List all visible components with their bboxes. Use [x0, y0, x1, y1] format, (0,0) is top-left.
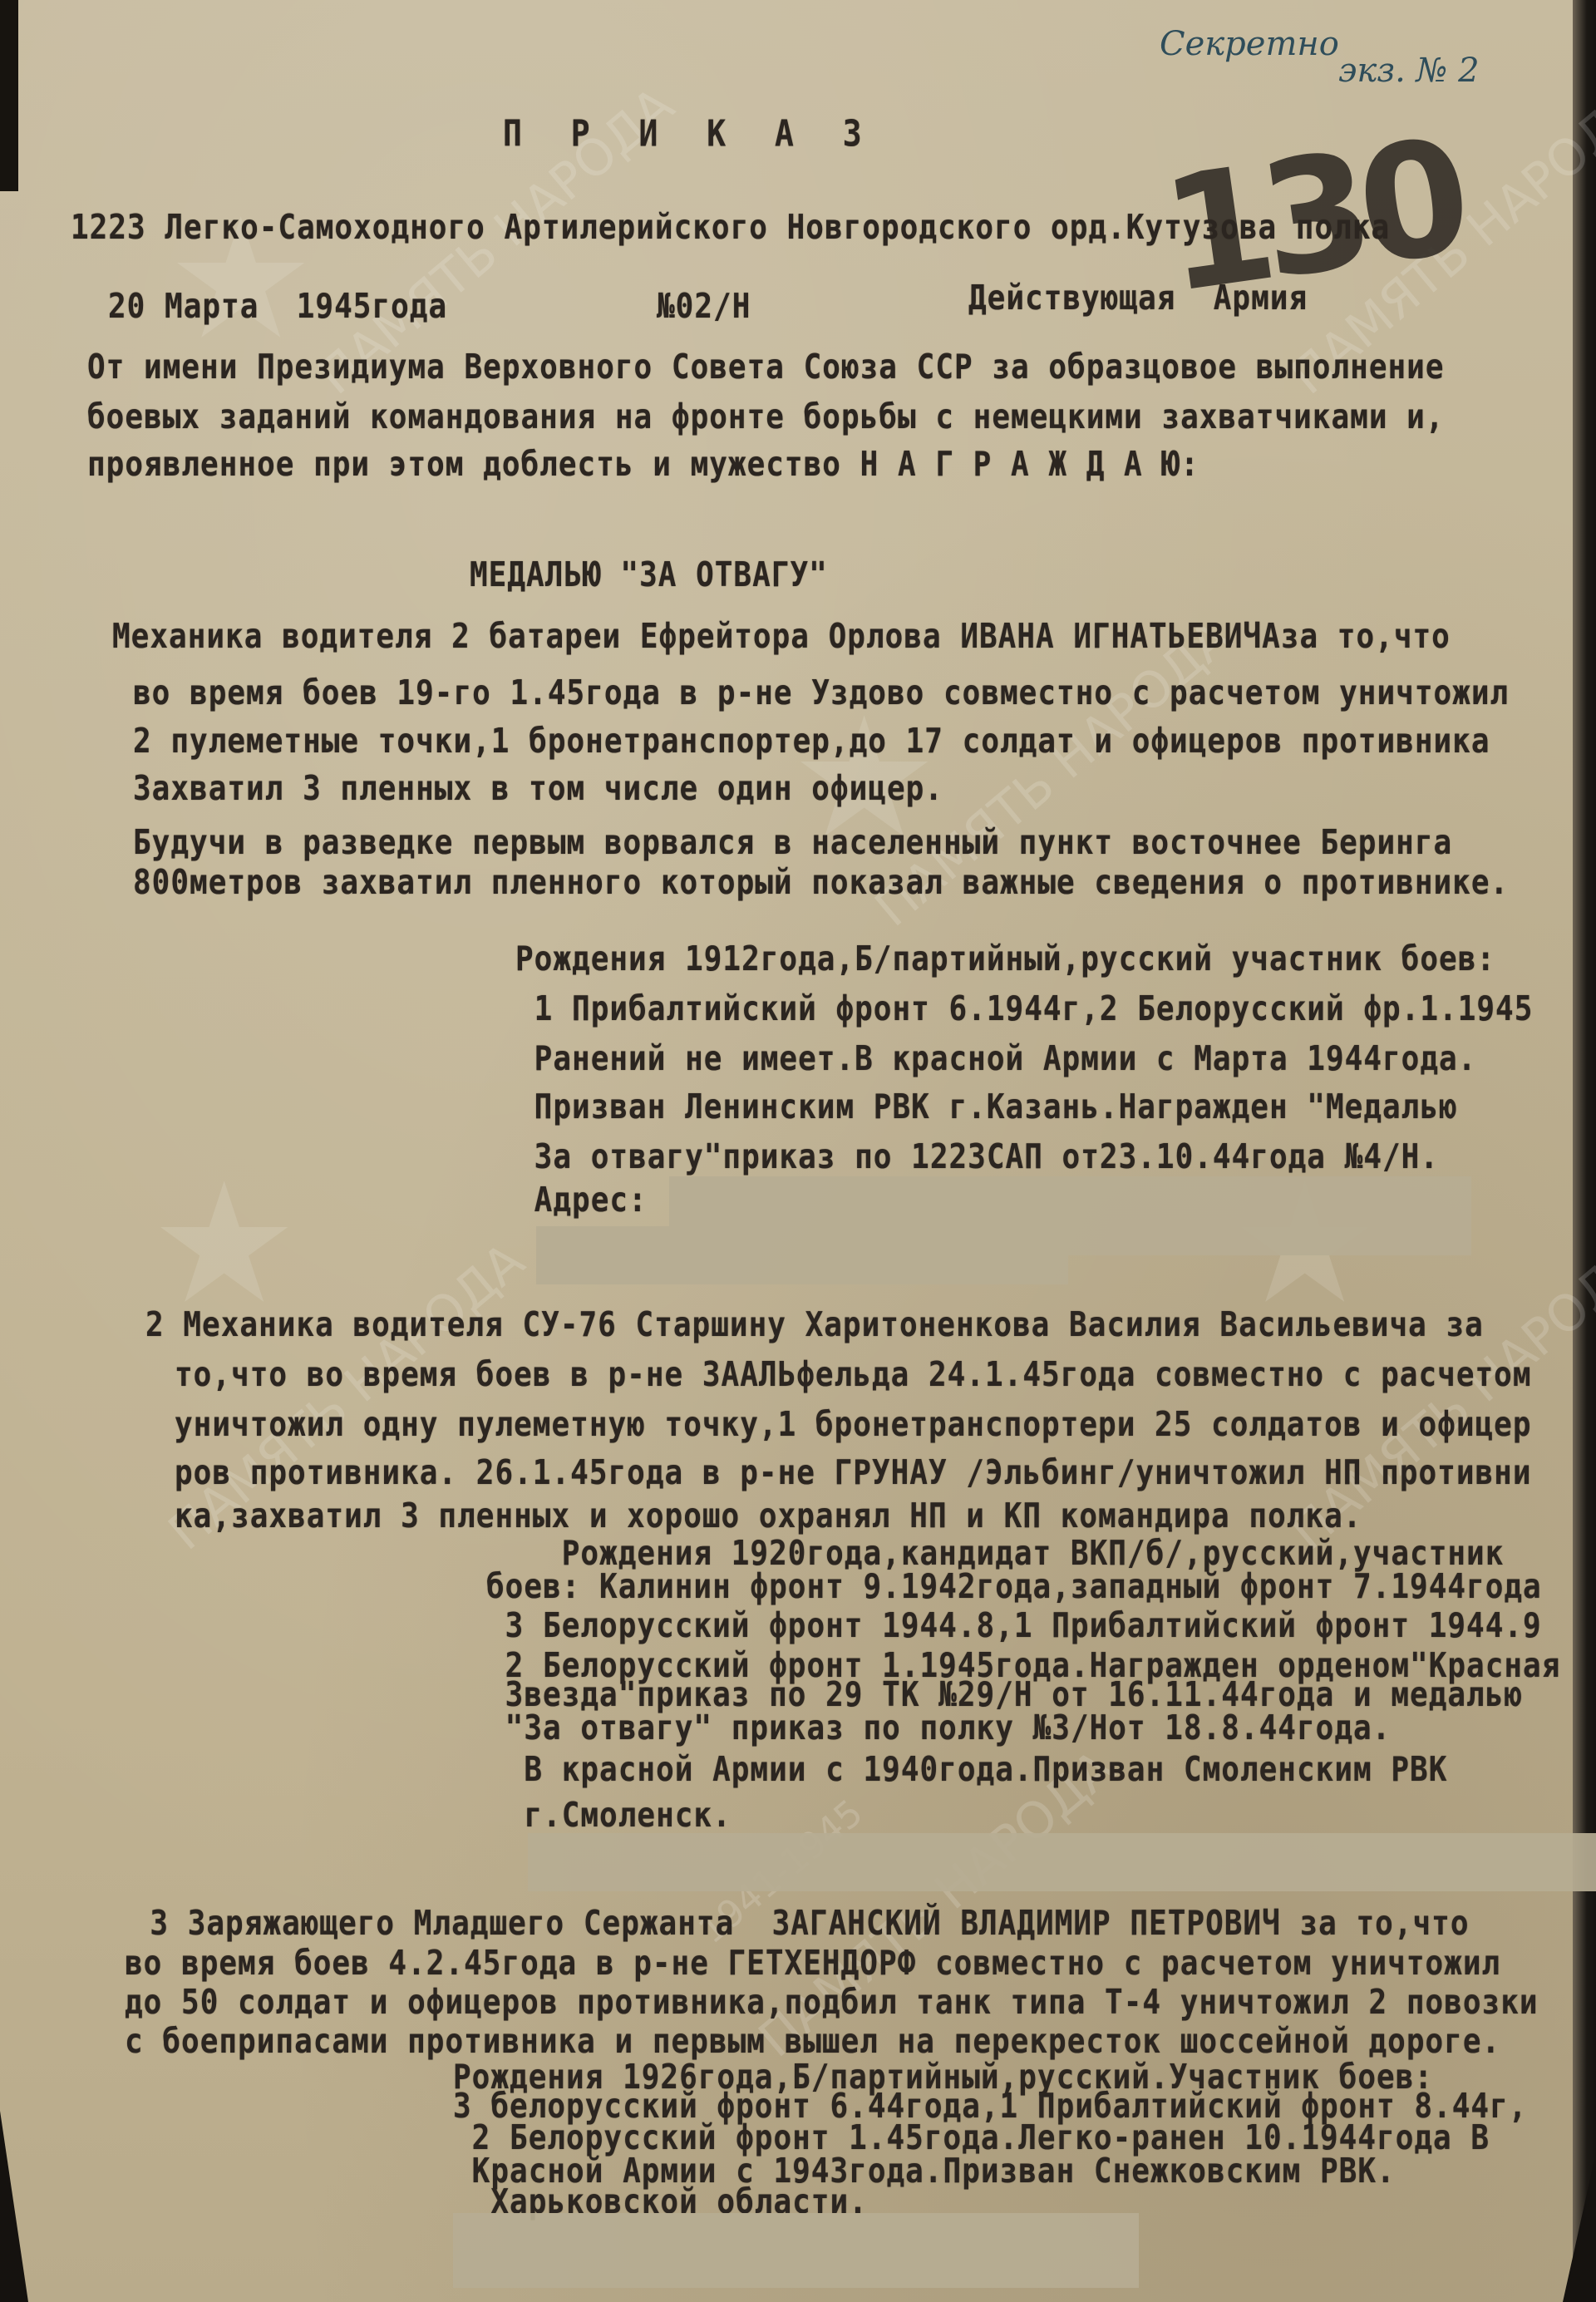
award-text-line: уничтожил одну пулеметную точку,1 бронет… [175, 1405, 1532, 1444]
scan-edge-right [1573, 0, 1596, 2302]
award-text-line: Будучи в разведке первым ворвался в насе… [133, 823, 1452, 862]
copy-number-handwritten: экз. № 2 [1338, 52, 1480, 90]
scan-edge-left [0, 0, 18, 191]
redacted-address [453, 2213, 1139, 2288]
bio-line: 1 Прибалтийский фронт 6.1944г,2 Белорусс… [515, 989, 1533, 1028]
award-text-line: ка,захватил 3 пленных и хорошо охранял Н… [175, 1496, 1362, 1535]
order-location: Действующая Армия [968, 279, 1308, 318]
document-title: П Р И К А З [503, 112, 877, 155]
award-text-line: с боеприпасами противника и первым вышел… [125, 2022, 1500, 2061]
award-text-line: 800метров захватил пленного который пока… [133, 863, 1509, 902]
bio-line: Ранений не имеет.В красной Армии с Марта… [515, 1039, 1476, 1078]
preamble-line: От имени Президиума Верховного Совета Со… [87, 348, 1445, 387]
document-sheet: ★ ПАМЯТЬ НАРОДА ПАМЯТЬ НАРОДА ★ ПАМЯТЬ Н… [0, 0, 1596, 2302]
bio-line: Призван Ленинским РВК г.Казань.Награжден… [515, 1087, 1458, 1126]
bio-line: боев: Калинин фронт 9.1942года,западный … [486, 1567, 1542, 1606]
bio-line: Адрес: [515, 1181, 648, 1220]
order-date: 20 Марта 1945года [108, 287, 447, 326]
award-text-line: 2 Механика водителя СУ-76 Старшину Харит… [145, 1305, 1484, 1344]
bio-line: 3 Белорусский фронт 1944.8,1 Прибалтийск… [486, 1606, 1542, 1645]
classification-handwritten: Секретно [1160, 25, 1339, 63]
award-text-line: 2 пулеметные точки,1 бронетранспортер,до… [133, 722, 1490, 761]
bio-line: "За отвагу" приказ по полку №3/Нот 18.8.… [486, 1708, 1391, 1747]
award-text-line: Механика водителя 2 батареи Ефрейтора Ор… [112, 617, 1451, 656]
scan-corner-bottom-left [0, 2111, 28, 2302]
preamble-line: боевых заданий командования на фронте бо… [87, 397, 1445, 436]
award-text-line: ров противника. 26.1.45года в р-не ГРУНА… [175, 1453, 1532, 1492]
order-number: №02/Н [657, 287, 751, 326]
award-text-line: Захватил 3 пленных в том числе один офиц… [133, 769, 943, 808]
bio-line: г.Смоленск. [486, 1796, 731, 1835]
bio-line: Рождения 1912года,Б/партийный,русский уч… [515, 939, 1495, 978]
redacted-address [528, 1833, 1596, 1891]
award-text-line: во время боев 4.2.45года в р-не ГЕТХЕНДО… [125, 1944, 1500, 1983]
bio-line: В красной Армии с 1940года.Призван Смоле… [486, 1750, 1447, 1789]
award-text-line: 3 Заряжающего Младшего Сержанта ЗАГАНСКИ… [112, 1904, 1470, 1943]
award-text-line: до 50 солдат и офицеров противника,подби… [125, 1983, 1539, 2022]
preamble-line: проявленное при этом доблесть и мужество… [87, 445, 1199, 484]
award-text-line: то,что во время боев в р-не ЗААЛЬфельда … [175, 1355, 1532, 1394]
award-heading: МЕДАЛЬЮ "ЗА ОТВАГУ" [470, 555, 828, 594]
award-text-line: во время боев 19-го 1.45года в р-не Уздо… [133, 673, 1509, 712]
bio-line: За отвагу"приказ по 1223САП от23.10.44го… [515, 1137, 1439, 1176]
scan-corner-bottom-right [1563, 2152, 1596, 2302]
unit-name: 1223 Легко-Самоходного Артилерийского Но… [71, 208, 1390, 247]
redacted-address [536, 1226, 1068, 1284]
